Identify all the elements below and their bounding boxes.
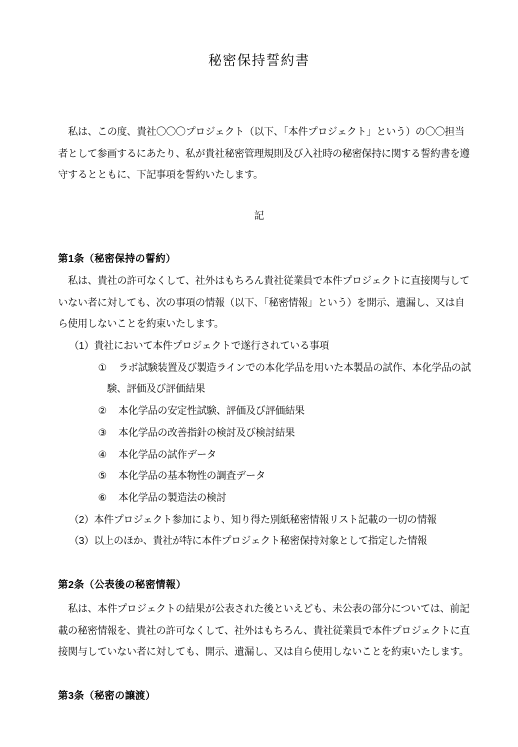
sub-item-1-text: ラボ試験装置及び製造ラインでの本化学品を用いた本製品の試作、本化学品の試: [118, 363, 471, 374]
article-2-line-3: 接関与していない者に対しても、開示、遺漏し、又は自ら使用しないことを約束いたしま…: [58, 642, 474, 664]
list-item-3-label: （3）: [69, 536, 94, 547]
sub-item-5: ⑤ 本化学品の基本物性の調査データ: [58, 466, 474, 488]
list-item-2: （2）本件プロジェクト参加により、知り得た別紙秘密情報リスト記載の一切の情報: [58, 510, 474, 532]
sub-item-4-text: 本化学品の試作データ: [118, 450, 216, 461]
article-2-body: 私は、本件プロジェクトの結果が公表された後といえども、未公表の部分については、前…: [58, 599, 474, 664]
sub-item-1: ① ラボ試験装置及び製造ラインでの本化学品を用いた本製品の試作、本化学品の試: [58, 358, 474, 380]
article-3-heading: 第3条（秘密の譲渡）: [58, 686, 474, 708]
intro-paragraph: 私は、この度、貴社〇〇〇プロジェクト（以下、「本件プロジェクト」という）の〇〇担…: [58, 122, 474, 187]
document-title: 秘密保持誓約書: [0, 50, 518, 72]
sub-item-6: ⑥ 本化学品の製造法の検討: [58, 488, 474, 510]
article-1-heading: 第1条（秘密保持の誓約）: [58, 249, 474, 271]
article-2-heading: 第2条（公表後の秘密情報）: [58, 575, 474, 597]
circled-number-1: ①: [98, 363, 107, 374]
intro-line-1: 私は、この度、貴社〇〇〇プロジェクト（以下、「本件プロジェクト」という）の〇〇担…: [58, 122, 474, 144]
circled-number-6: ⑥: [98, 493, 107, 504]
list-item-1-text: 貴社において本件プロジェクトで遂行されている事項: [94, 341, 329, 352]
circled-number-5: ⑤: [98, 471, 107, 482]
list-item-1: （1）貴社において本件プロジェクトで遂行されている事項: [58, 336, 474, 358]
sub-item-5-text: 本化学品の基本物性の調査データ: [118, 471, 265, 482]
intro-line-3: 守するとともに、下記事項を誓約いたします。: [58, 165, 474, 187]
sub-item-3-text: 本化学品の改善指針の検討及び検討結果: [118, 428, 294, 439]
list-item-3: （3）以上のほか、貴社が特に本件プロジェクト秘密保持対象として指定した情報: [58, 531, 474, 553]
sub-item-4: ④ 本化学品の試作データ: [58, 445, 474, 467]
sub-item-2-text: 本化学品の安定性試験、評価及び評価結果: [118, 406, 304, 417]
article-1-line-1: 私は、貴社の許可なくして、社外はもちろん貴社従業員で本件プロジェクトに直接関与し…: [58, 271, 474, 293]
sub-item-6-text: 本化学品の製造法の検討: [118, 493, 226, 504]
list-item-2-label: （2）: [69, 515, 94, 526]
article-2-line-1: 私は、本件プロジェクトの結果が公表された後といえども、未公表の部分については、前…: [58, 599, 474, 621]
record-marker: 記: [0, 206, 518, 228]
list-item-3-text: 以上のほか、貴社が特に本件プロジェクト秘密保持対象として指定した情報: [94, 536, 427, 547]
list-item-2-text: 本件プロジェクト参加により、知り得た別紙秘密情報リスト記載の一切の情報: [94, 515, 437, 526]
article-1-body: 私は、貴社の許可なくして、社外はもちろん貴社従業員で本件プロジェクトに直接関与し…: [58, 271, 474, 553]
article-2-line-2: 載の秘密情報を、貴社の許可なくして、社外はもちろん、貴社従業員で本件プロジェクト…: [58, 621, 474, 643]
list-item-1-label: （1）: [69, 341, 94, 352]
intro-line-2: 者として参画するにあたり、私が貴社秘密管理規則及び入社時の秘密保持に関する誓約書…: [58, 144, 474, 166]
sub-item-1-continuation: 験、評価及び評価結果: [58, 379, 474, 401]
sub-item-3: ③ 本化学品の改善指針の検討及び検討結果: [58, 423, 474, 445]
document-page: 秘密保持誓約書 私は、この度、貴社〇〇〇プロジェクト（以下、「本件プロジェクト」…: [0, 0, 518, 747]
article-1-line-3: ら使用しないことを約束いたします。: [58, 314, 474, 336]
article-1-line-2: いない者に対しても、次の事項の情報（以下、「秘密情報」という）を開示、遺漏し、又…: [58, 293, 474, 315]
sub-item-2: ② 本化学品の安定性試験、評価及び評価結果: [58, 401, 474, 423]
circled-number-3: ③: [98, 428, 107, 439]
circled-number-4: ④: [98, 450, 107, 461]
circled-number-2: ②: [98, 406, 107, 417]
